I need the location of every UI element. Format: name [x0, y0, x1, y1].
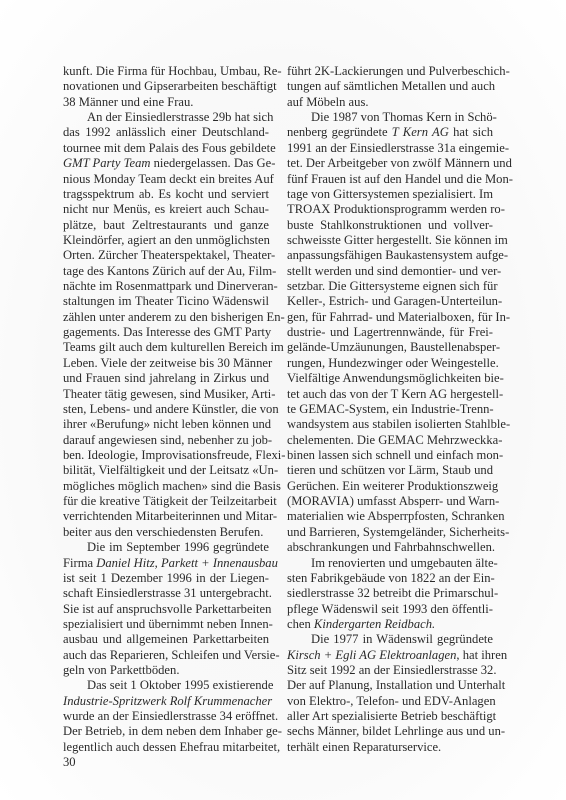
text-line: Teams gilt auch dem kulturellen Bereich … — [63, 340, 269, 355]
text-line: materialien wie Absperrpfosten, Schranke… — [287, 509, 493, 524]
text-line: stellt werden und sind demontier- und ve… — [287, 264, 493, 279]
line-text: auf Möbeln aus. — [287, 95, 369, 109]
line-text: führt 2K-Lackierungen und Pulverbeschich… — [287, 64, 510, 78]
text-line: Theater tätig gewesen, sind Musiker, Art… — [63, 387, 269, 402]
line-text: Leben. Viele der zeitweise bis 30 Männer — [63, 356, 272, 370]
line-text: rungen, Hundezwinger oder Weingestelle. — [287, 356, 499, 370]
line-text: , hat ihren — [456, 648, 507, 662]
text-line: nicht nur Menüs, es kreiert auch Schau- — [63, 202, 269, 217]
text-line: geln von Parkettböden. — [63, 663, 269, 678]
text-line: sten Fabrikgebäude von 1822 an der Ein- — [287, 571, 493, 586]
line-text: chelementen. Die GEMAC Mehrzweckka- — [287, 433, 502, 447]
text-line: das 1992 anlässlich einer Deutschland- — [63, 125, 269, 140]
text-line: Die 1987 von Thomas Kern in Schö- — [287, 110, 493, 125]
line-text: dustrie- und Lagertrennwände, für Frei- — [287, 325, 493, 339]
line-text: pflege Wädenswil seit 1993 den öffentli- — [287, 602, 493, 616]
text-line: Der auf Planung, Installation und Unterh… — [287, 678, 493, 693]
italic-company-name: Kirsch + Egli AG Elektroanlagen — [287, 648, 456, 662]
line-text: hat sich — [449, 125, 493, 139]
text-line: auch das Reparieren, Schleifen und Versi… — [63, 648, 269, 663]
text-line: gelände-Umzäunungen, Baustellenabsper- — [287, 340, 493, 355]
text-line: sten, Lebens- und andere Künstler, die v… — [63, 402, 269, 417]
text-line: (MORAVIA) umfasst Absperr- und Warn- — [287, 494, 493, 509]
text-line: Sitz seit 1992 an der Einsiedlerstrasse … — [287, 663, 493, 678]
text-line: kunft. Die Firma für Hochbau, Umbau, Re- — [63, 64, 269, 79]
line-text: und Frauen sind jahrelang in Zirkus und — [63, 371, 269, 385]
line-text: legentlich auch dessen Ehefrau mitarbeit… — [63, 740, 280, 754]
text-line: siedlerstrasse 32 betreibt die Primarsch… — [287, 586, 493, 601]
text-line: chelementen. Die GEMAC Mehrzweckka- — [287, 433, 493, 448]
line-text: bilität, Vielfältigkeit und der Leitsatz… — [63, 463, 278, 477]
line-text: buste Stahlkonstruktionen und vollver- — [287, 218, 493, 232]
line-text: fünf Frauen ist auf den Handel und die M… — [287, 172, 513, 186]
line-text: das 1992 anlässlich einer Deutschland- — [63, 125, 269, 139]
line-text: für die kreative Tätigkeit der Teilzeita… — [63, 494, 277, 508]
line-text: An der Einsiedlerstrasse 29b hat sich — [87, 110, 273, 124]
text-line: tage des Kantons Zürich auf der Au, Film… — [63, 264, 269, 279]
line-text: darauf angewiesen sind, nebenher zu job- — [63, 433, 272, 447]
line-text: novationen und Gipserarbeiten beschäftig… — [63, 79, 277, 93]
text-line: buste Stahlkonstruktionen und vollver- — [287, 218, 493, 233]
line-text: gelände-Umzäunungen, Baustellenabsper- — [287, 340, 500, 354]
line-text: auch das Reparieren, Schleifen und Versi… — [63, 648, 280, 662]
line-text: gen, für Fahrrad- und Materialboxen, für… — [287, 310, 510, 324]
text-line: novationen und Gipserarbeiten beschäftig… — [63, 79, 269, 94]
italic-company-name: Industrie-Spritzwerk Rolf Krummenacher — [63, 694, 272, 708]
text-column-right: führt 2K-Lackierungen und Pulverbeschich… — [287, 64, 493, 755]
line-text: Teams gilt auch dem kulturellen Bereich … — [63, 340, 284, 354]
text-line: staltungen im Theater Ticino Wädenswil — [63, 294, 269, 309]
text-line: für die kreative Tätigkeit der Teilzeita… — [63, 494, 269, 509]
line-text: aller Art spezialisierte Betrieb beschäf… — [287, 709, 496, 723]
text-column-left: kunft. Die Firma für Hochbau, Umbau, Re-… — [63, 64, 269, 755]
line-text: mögliches möglich machen» sind die Basis — [63, 479, 281, 493]
line-text: setzbar. Die Gittersysteme eignen sich f… — [287, 279, 498, 293]
text-line: Leben. Viele der zeitweise bis 30 Männer — [63, 356, 269, 371]
line-text: tungen auf sämtlichen Metallen und auch — [287, 79, 495, 93]
text-line: binen lassen sich schnell und einfach mo… — [287, 448, 493, 463]
line-text: sten Fabrikgebäude von 1822 an der Ein- — [287, 571, 495, 585]
line-text: Gerüchen. Ein weiterer Produktionszweig — [287, 479, 498, 493]
line-text: schaft Einsiedlerstrasse 31 untergebrach… — [63, 586, 272, 600]
text-line: auf Möbeln aus. — [287, 95, 493, 110]
text-line: ist seit 1 Dezember 1996 in der Liegen- — [63, 571, 269, 586]
line-text: terhält einen Reparaturservice. — [287, 740, 441, 754]
text-line: tournee mit dem Palais des Fous gebildet… — [63, 141, 269, 156]
text-line: Die 1977 in Wädenswil gegründete — [287, 632, 493, 647]
text-line: Industrie-Spritzwerk Rolf Krummenacher — [63, 694, 269, 709]
text-line: Das seit 1 Oktober 1995 existierende — [63, 678, 269, 693]
line-text: gagements. Das Interesse des GMT Party — [63, 325, 271, 339]
text-line: rungen, Hundezwinger oder Weingestelle. — [287, 356, 493, 371]
line-text: abschrankungen und Fahrbahnschwellen. — [287, 540, 495, 554]
text-line: chen Kindergarten Reidbach. — [287, 617, 493, 632]
text-line: zählen unter anderem zu den bisherigen E… — [63, 310, 269, 325]
text-line: spezialisiert und übernimmt neben Innen- — [63, 617, 269, 632]
text-line: schweisste Gitter hergestellt. Sie könne… — [287, 233, 493, 248]
line-text: Im renovierten und umgebauten älte- — [311, 556, 498, 570]
text-line: aller Art spezialisierte Betrieb beschäf… — [287, 709, 493, 724]
line-text: nious Monday Team deckt ein breites Auf — [63, 172, 274, 186]
text-line: tet. Der Arbeitgeber von zwölf Männern u… — [287, 156, 493, 171]
line-text: niedergelassen. Das Ge- — [150, 156, 275, 170]
line-text: tieren und schützen vor Lärm, Staub und — [287, 463, 493, 477]
line-text: und Barrieren, Systemgeländer, Sicherhei… — [287, 525, 509, 539]
line-text: wurde an der Einsiedlerstrasse 34 eröffn… — [63, 709, 278, 723]
line-text: Die 1987 von Thomas Kern in Schö- — [311, 110, 497, 124]
line-text: 1991 an der Einsiedlerstrasse 31a eingem… — [287, 141, 509, 155]
text-line: schaft Einsiedlerstrasse 31 untergebrach… — [63, 586, 269, 601]
text-line: ben. Ideologie, Improvisationsfreude, Fl… — [63, 448, 269, 463]
line-text: zählen unter anderem zu den bisherigen E… — [63, 310, 285, 324]
line-text: nenberg gegründete — [287, 125, 392, 139]
line-text: Sie ist auf anspruchsvolle Parkettarbeit… — [63, 602, 271, 616]
text-line: ihrer «Berufung» nicht leben können und — [63, 417, 269, 432]
text-line: Kirsch + Egli AG Elektroanlagen, hat ihr… — [287, 648, 493, 663]
text-line: te GEMAC-System, ein Industrie-Trenn- — [287, 402, 493, 417]
line-text: tragsspektrum ab. Es kocht und serviert — [63, 187, 269, 201]
text-line: von Elektro-, Telefon- und EDV-Anlagen — [287, 694, 493, 709]
text-line: Im renovierten und umgebauten älte- — [287, 556, 493, 571]
line-text: Der auf Planung, Installation und Unterh… — [287, 678, 505, 692]
line-text: Firma — [63, 556, 96, 570]
text-line: wurde an der Einsiedlerstrasse 34 eröffn… — [63, 709, 269, 724]
line-text: ausbau und allgemeinen Parkettarbeiten — [63, 632, 269, 646]
line-text: Die im September 1996 gegründete — [87, 540, 269, 554]
text-line: tet auch das von der T Kern AG hergestel… — [287, 387, 493, 402]
line-text: von Elektro-, Telefon- und EDV-Anlagen — [287, 694, 496, 708]
line-text: Vielfältige Anwendungsmöglichkeiten bie- — [287, 371, 504, 385]
line-text: sechs Männer, bildet Lehrlinge aus und u… — [287, 724, 505, 738]
italic-company-name: Daniel Hitz, Parkett + Innenausbau — [96, 556, 278, 570]
line-text: spezialisiert und übernimmt neben Innen- — [63, 617, 273, 631]
text-line: darauf angewiesen sind, nebenher zu job- — [63, 433, 269, 448]
line-text: Orten. Zürcher Theaterspektakel, Theater… — [63, 248, 275, 262]
line-text: Keller-, Estrich- und Garagen-Unterteilu… — [287, 294, 502, 308]
text-line: Firma Daniel Hitz, Parkett + Innenausbau — [63, 556, 269, 571]
text-line: bilität, Vielfältigkeit und der Leitsatz… — [63, 463, 269, 478]
line-text: tet. Der Arbeitgeber von zwölf Männern u… — [287, 156, 512, 170]
text-line: dustrie- und Lagertrennwände, für Frei- — [287, 325, 493, 340]
line-text: tet auch das von der T Kern AG hergestel… — [287, 387, 503, 401]
line-text: wandsystem aus stabilen isolierten Stahl… — [287, 417, 510, 431]
line-text: tage von Gittersystemen spezialisiert. I… — [287, 187, 493, 201]
line-text: verrichtenden Mitarbeiterinnen und Mitar… — [63, 509, 277, 523]
text-line: 38 Männer und eine Frau. — [63, 95, 269, 110]
line-text: Theater tätig gewesen, sind Musiker, Art… — [63, 387, 275, 401]
line-text: nächte im Rosenmattpark und Dinerveran- — [63, 279, 278, 293]
line-text: Die 1977 in Wädenswil gegründete — [311, 632, 493, 646]
text-line: mögliches möglich machen» sind die Basis — [63, 479, 269, 494]
text-line: ausbau und allgemeinen Parkettarbeiten — [63, 632, 269, 647]
line-text: chen — [287, 617, 314, 631]
text-line: abschrankungen und Fahrbahnschwellen. — [287, 540, 493, 555]
italic-company-name: T Kern AG — [392, 125, 449, 139]
text-line: tragsspektrum ab. Es kocht und serviert — [63, 187, 269, 202]
line-text: beiter aus den verschiedensten Berufen. — [63, 525, 263, 539]
line-text: materialien wie Absperrpfosten, Schranke… — [287, 509, 505, 523]
text-line: nächte im Rosenmattpark und Dinerveran- — [63, 279, 269, 294]
text-line: nious Monday Team deckt ein breites Auf — [63, 172, 269, 187]
text-line: plätze, baut Zeltrestaurants und ganze — [63, 218, 269, 233]
line-text: schweisste Gitter hergestellt. Sie könne… — [287, 233, 508, 247]
text-line: tieren und schützen vor Lärm, Staub und — [287, 463, 493, 478]
text-line: TROAX Produktionsprogramm werden ro- — [287, 202, 493, 217]
text-line: legentlich auch dessen Ehefrau mitarbeit… — [63, 740, 269, 755]
text-line: sechs Männer, bildet Lehrlinge aus und u… — [287, 724, 493, 739]
text-line: Die im September 1996 gegründete — [63, 540, 269, 555]
text-line: und Frauen sind jahrelang in Zirkus und — [63, 371, 269, 386]
line-text: anpassungsfähigen Baukastensystem aufge- — [287, 248, 508, 262]
text-line: verrichtenden Mitarbeiterinnen und Mitar… — [63, 509, 269, 524]
line-text: stellt werden und sind demontier- und ve… — [287, 264, 501, 278]
line-text: staltungen im Theater Ticino Wädenswil — [63, 294, 269, 308]
text-line: wandsystem aus stabilen isolierten Stahl… — [287, 417, 493, 432]
line-text: ihrer «Berufung» nicht leben können und — [63, 417, 271, 431]
text-line: Vielfältige Anwendungsmöglichkeiten bie- — [287, 371, 493, 386]
text-line: Gerüchen. Ein weiterer Produktionszweig — [287, 479, 493, 494]
text-line: 1991 an der Einsiedlerstrasse 31a eingem… — [287, 141, 493, 156]
text-line: Orten. Zürcher Theaterspektakel, Theater… — [63, 248, 269, 263]
line-text: nicht nur Menüs, es kreiert auch Schau- — [63, 202, 269, 216]
text-line: nenberg gegründete T Kern AG hat sich — [287, 125, 493, 140]
line-text: Der Betrieb, in dem neben dem Inhaber ge… — [63, 724, 282, 738]
italic-company-name: GMT Party Team — [63, 156, 150, 170]
text-line: Kleindörfer, agiert an den unmöglichsten — [63, 233, 269, 248]
text-line: Der Betrieb, in dem neben dem Inhaber ge… — [63, 724, 269, 739]
line-text: plätze, baut Zeltrestaurants und ganze — [63, 218, 269, 232]
line-text: ben. Ideologie, Improvisationsfreude, Fl… — [63, 448, 285, 462]
page-number: 30 — [63, 755, 76, 770]
italic-company-name: Kindergarten Reidbach. — [314, 617, 435, 631]
line-text: Sitz seit 1992 an der Einsiedlerstrasse … — [287, 663, 497, 677]
text-line: gen, für Fahrrad- und Materialboxen, für… — [287, 310, 493, 325]
line-text: TROAX Produktionsprogramm werden ro- — [287, 202, 505, 216]
text-line: beiter aus den verschiedensten Berufen. — [63, 525, 269, 540]
line-text: 38 Männer und eine Frau. — [63, 95, 193, 109]
text-line: setzbar. Die Gittersysteme eignen sich f… — [287, 279, 493, 294]
line-text: tournee mit dem Palais des Fous gebildet… — [63, 141, 276, 155]
line-text: binen lassen sich schnell und einfach mo… — [287, 448, 503, 462]
line-text: tage des Kantons Zürich auf der Au, Film… — [63, 264, 276, 278]
text-line: gagements. Das Interesse des GMT Party — [63, 325, 269, 340]
text-line: GMT Party Team niedergelassen. Das Ge- — [63, 156, 269, 171]
text-line: Keller-, Estrich- und Garagen-Unterteilu… — [287, 294, 493, 309]
book-page: kunft. Die Firma für Hochbau, Umbau, Re-… — [0, 0, 566, 800]
text-line: tage von Gittersystemen spezialisiert. I… — [287, 187, 493, 202]
line-text: sten, Lebens- und andere Künstler, die v… — [63, 402, 279, 416]
text-line: An der Einsiedlerstrasse 29b hat sich — [63, 110, 269, 125]
text-line: und Barrieren, Systemgeländer, Sicherhei… — [287, 525, 493, 540]
line-text: te GEMAC-System, ein Industrie-Trenn- — [287, 402, 494, 416]
text-line: terhält einen Reparaturservice. — [287, 740, 493, 755]
line-text: Kleindörfer, agiert an den unmöglichsten — [63, 233, 270, 247]
text-line: tungen auf sämtlichen Metallen und auch — [287, 79, 493, 94]
text-line: Sie ist auf anspruchsvolle Parkettarbeit… — [63, 602, 269, 617]
line-text: siedlerstrasse 32 betreibt die Primarsch… — [287, 586, 498, 600]
line-text: (MORAVIA) umfasst Absperr- und Warn- — [287, 494, 499, 508]
text-line: führt 2K-Lackierungen und Pulverbeschich… — [287, 64, 493, 79]
line-text: ist seit 1 Dezember 1996 in der Liegen- — [63, 571, 269, 585]
line-text: Das seit 1 Oktober 1995 existierende — [87, 678, 273, 692]
line-text: kunft. Die Firma für Hochbau, Umbau, Re- — [63, 64, 282, 78]
line-text: geln von Parkettböden. — [63, 663, 179, 677]
text-line: pflege Wädenswil seit 1993 den öffentli- — [287, 602, 493, 617]
text-line: anpassungsfähigen Baukastensystem aufge- — [287, 248, 493, 263]
text-line: fünf Frauen ist auf den Handel und die M… — [287, 172, 493, 187]
